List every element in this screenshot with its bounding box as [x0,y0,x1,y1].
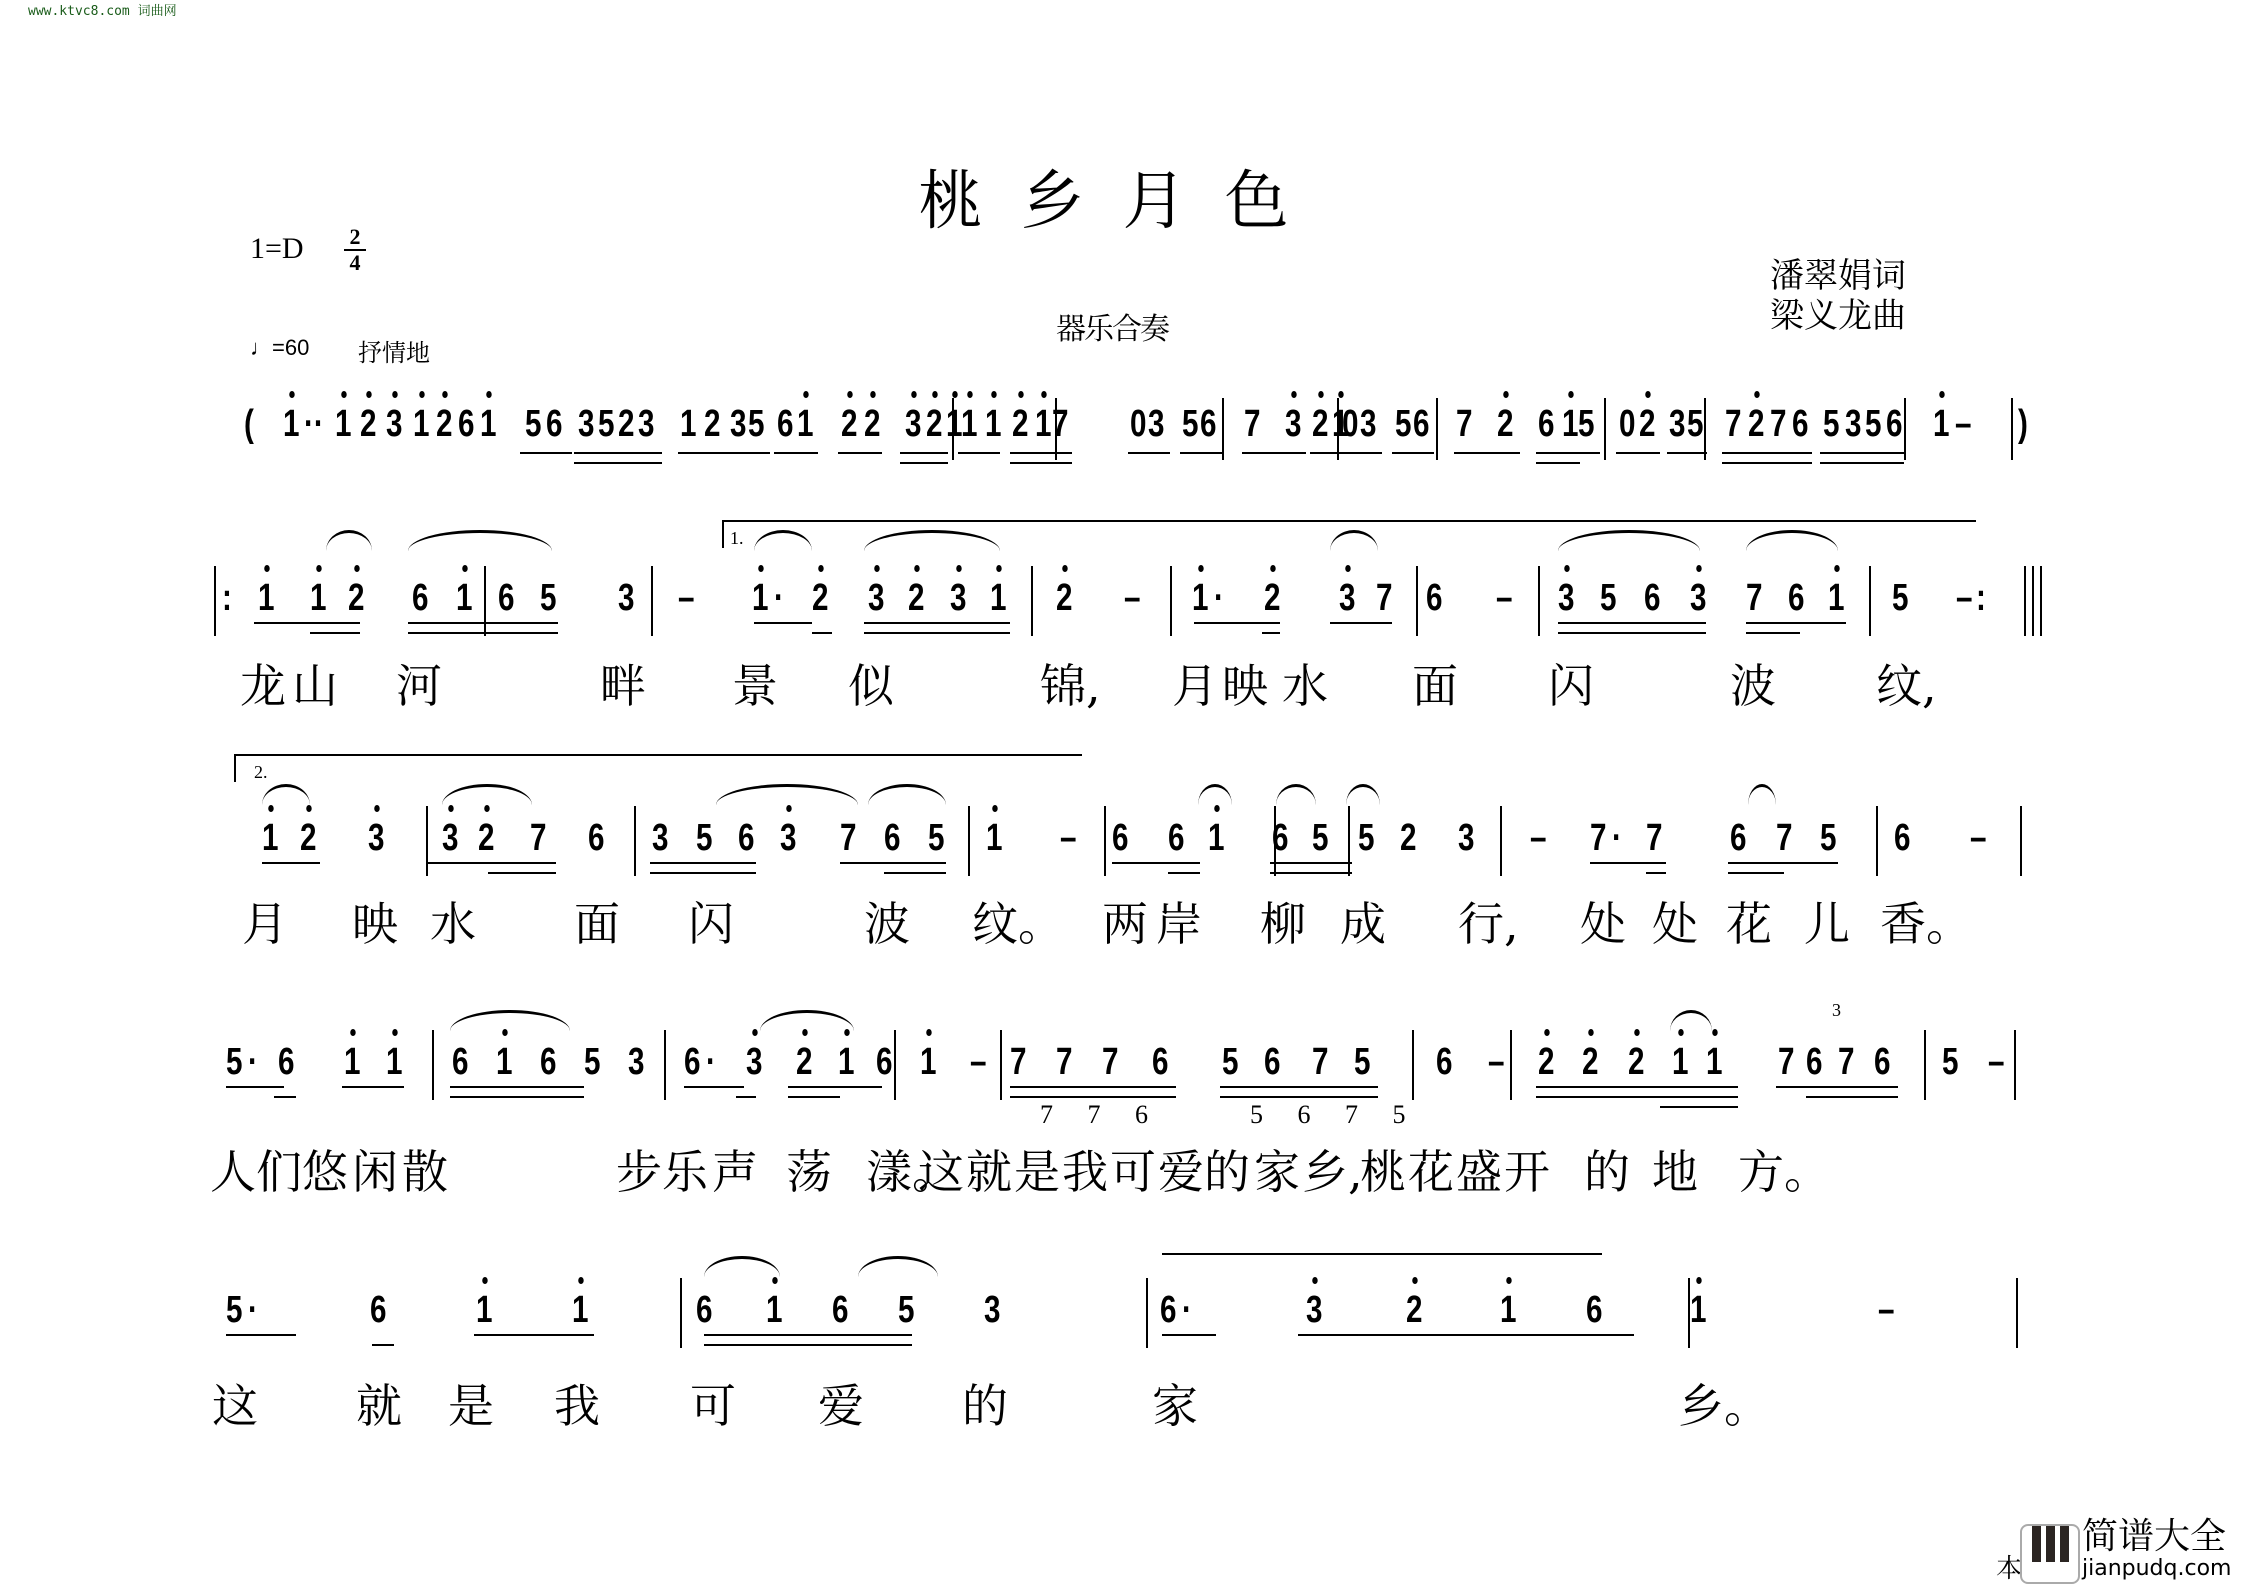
underline [1728,862,1838,864]
slur [868,784,946,805]
note: · [774,578,784,618]
lyric: 山 [292,660,338,712]
note: ( [244,404,254,444]
note: 2 [618,404,634,444]
final-double-bar [2040,566,2042,636]
barline [968,806,970,876]
note: 1 [496,1042,512,1082]
note: 2 [1639,404,1655,444]
note: 3 [638,404,654,444]
underline [1646,872,1666,874]
note: 6 [370,1290,386,1330]
barline [1031,566,1033,636]
note: – [1124,578,1140,618]
lyric: 河 [396,660,442,712]
note: 7 [1312,1042,1328,1082]
note: 5 [1687,404,1703,444]
lyric: 面 [1412,660,1458,712]
note: 3 [618,578,634,618]
underline [864,632,1010,634]
slur [326,530,372,551]
underline [684,1086,744,1088]
note: 2 [704,404,720,444]
barline [1055,398,1057,460]
credits: 潘翠娟词 梁义龙曲 [1770,256,1906,336]
note: 1 [1208,818,1224,858]
note: 3 [578,404,594,444]
note: 2 [360,404,376,444]
note: 6 [1788,578,1804,618]
lyric: 闪 [1548,660,1594,712]
note: 6 [412,578,428,618]
note: 1 [413,404,429,444]
high-octave-dot [1696,1277,1701,1284]
note: 5 [928,818,944,858]
high-octave-dot [967,391,972,398]
high-octave-dot [264,565,269,572]
high-octave-dot [992,805,997,812]
note: 2 [908,578,924,618]
underline [1270,872,1352,874]
note: : [222,578,232,618]
high-octave-dot [578,1277,583,1284]
underline [1162,1334,1216,1336]
note: 6 [1168,818,1184,858]
note: 6 [1436,1042,1452,1082]
note: : [1976,578,1986,618]
lyric: 花 [1726,898,1772,950]
high-octave-dot [442,391,447,398]
high-octave-dot [911,391,916,398]
note: 2 [1400,818,1416,858]
lyric: 爱 [818,1380,864,1432]
high-octave-dot [1568,391,1573,398]
underline [754,622,812,624]
underline [1806,1096,1898,1098]
underline [450,1096,584,1098]
high-octave-dot [1939,391,1944,398]
note: 3 [652,818,668,858]
note: 3 [1669,404,1685,444]
underline [1270,862,1352,864]
lyric: 面 [574,898,620,950]
note: 7 [1376,578,1392,618]
high-octave-dot [366,391,371,398]
slur [1748,784,1776,805]
lyric: 悠 [302,1146,348,1198]
note: · [1182,1290,1192,1330]
underline [1220,1086,1378,1088]
note: 6 [1806,1042,1822,1082]
high-octave-dot [1338,391,1343,398]
underline [1168,872,1200,874]
note: 6 [498,578,514,618]
high-octave-dot [316,565,321,572]
high-octave-dot [1544,1029,1549,1036]
note: 6 [684,1042,700,1082]
underline [450,1086,584,1088]
underline [1667,452,1707,454]
lyric: 纹, [1876,660,1937,712]
note: 2 [812,578,828,618]
note: 6 [1586,1290,1602,1330]
note: 7 [1056,1042,1072,1082]
note: 1 [1672,1042,1688,1082]
barline [2020,806,2022,876]
barline [2011,398,2013,460]
slur [408,530,552,551]
high-octave-dot [419,391,424,398]
note: 7 [1244,404,1260,444]
note: 6 [1792,404,1808,444]
high-octave-dot [1214,805,1219,812]
lyric: 方。 [1738,1146,1830,1198]
note: 7 [1646,818,1662,858]
lyric: 这 [918,1146,964,1198]
lyric: 乐 [662,1146,708,1198]
note: 2 [1264,578,1280,618]
barline [952,398,954,460]
underline [1820,462,1904,464]
high-octave-dot [341,391,346,398]
note: 6 [1874,1042,1890,1082]
lyric: 荡 [786,1146,832,1198]
note: – [1496,578,1512,618]
note: 5 [898,1290,914,1330]
high-octave-dot [1062,565,1067,572]
note: 1 [1706,1042,1722,1082]
note: 3 [442,818,458,858]
note: 7 [1590,818,1606,858]
high-octave-dot [1018,391,1023,398]
lyric: 水 [1282,660,1328,712]
note: 5 [1600,578,1616,618]
underline [1746,632,1800,634]
barline [2024,566,2026,636]
note: 3 [628,1042,644,1082]
note: 1 [920,1042,936,1082]
high-octave-dot [1312,1277,1317,1284]
lyric: 处 [1580,898,1626,950]
note: 6 [1538,404,1554,444]
note: 7 [1102,1042,1118,1082]
note: 7 [1725,404,1741,444]
note: 6 [876,1042,892,1082]
high-octave-dot [1412,1277,1417,1284]
underline [1722,452,1812,454]
note: 5 [226,1290,242,1330]
note: 1 [386,1042,402,1082]
note: 6 [832,1290,848,1330]
slur [1670,1010,1712,1031]
underline [864,622,1010,624]
lyric: 波 [864,898,910,950]
high-octave-dot [752,1029,757,1036]
note: · [248,1290,258,1330]
lyric: 是 [448,1380,494,1432]
barline [634,806,636,876]
underline [788,1096,840,1098]
note: 2 [348,578,364,618]
barline [664,1030,666,1100]
lyric: 家 [1254,1146,1300,1198]
underline [1010,452,1072,454]
note: 5 [1578,404,1594,444]
underline [1590,862,1666,864]
note: 3 [1360,404,1376,444]
note: 2 [436,404,452,444]
slur [442,784,532,805]
high-octave-dot [758,565,763,572]
underline [840,862,946,864]
note: 6 [1413,404,1429,444]
barline [1348,806,1350,876]
note: 1 [961,404,977,444]
high-octave-dot [1754,391,1759,398]
lyric: 步 [616,1146,662,1198]
barline [1337,398,1339,460]
composer: 梁义龙曲 [1770,296,1906,336]
note: 0 [1342,404,1358,444]
barline [651,566,653,636]
barline [1510,1030,1512,1100]
lyric: 柳 [1260,898,1306,950]
slur [760,1010,854,1031]
tie-line [1162,1253,1602,1255]
note: 5 [1222,1042,1238,1082]
note: 2 [1056,578,1072,618]
underline [1776,1086,1898,1088]
underline [1392,452,1434,454]
note: 1 [476,1290,492,1330]
lyric: 可 [690,1380,736,1432]
underline [1330,622,1392,624]
note: 5 [584,1042,600,1082]
underline [1220,1096,1378,1098]
underline [1536,1096,1738,1098]
note: 1 [985,404,1001,444]
underline [226,1086,284,1088]
alt-notes-2: 5 6 7 5 [1250,1100,1420,1130]
note: 6 [1160,1290,1176,1330]
barline [1688,1278,1690,1348]
barline [2032,566,2034,636]
note: 5 [1312,818,1328,858]
underline [254,622,360,624]
note: 6 [452,1042,468,1082]
note: 1 [480,404,496,444]
note: · [1214,578,1224,618]
lyric: 我 [1062,1146,1108,1198]
barline [1869,566,1871,636]
high-octave-dot [926,1029,931,1036]
high-octave-dot [354,565,359,572]
high-octave-dot [1696,565,1701,572]
high-octave-dot [1645,391,1650,398]
underline [678,452,770,454]
note: ·· [304,404,324,444]
note: 7 [1010,1042,1026,1082]
note: 0 [1130,404,1146,444]
lyric: 乡, [1302,1146,1363,1198]
barline [1500,806,1502,876]
underline [1536,1086,1738,1088]
high-octave-dot [1345,565,1350,572]
note: 7 [1456,404,1472,444]
lyric: 乡。 [1678,1380,1770,1432]
lyric: 行, [1458,898,1519,950]
barline [894,1030,896,1100]
note: 6 [738,818,754,858]
lyric: 波 [1730,660,1776,712]
lyric: 映 [352,898,398,950]
note: 6 [1152,1042,1168,1082]
note: 2 [1497,404,1513,444]
lyric: 景 [732,660,778,712]
note: 6 [1200,404,1216,444]
high-octave-dot [1318,391,1323,398]
barline [1704,398,1706,460]
underline [574,452,662,454]
note: 5 [540,578,556,618]
page-title: 桃乡月色 [0,150,2245,242]
high-octave-dot [996,565,1001,572]
underline [650,872,756,874]
barline [1538,566,1540,636]
barline [1146,1278,1148,1348]
high-octave-dot [870,391,875,398]
lyric: 水 [430,898,476,950]
lyric: 龙 [240,660,286,712]
watermark: www.ktvc8.com 词曲网 [28,0,177,19]
note: 1 [838,1042,854,1082]
lyric: 就 [356,1380,402,1432]
volta-2 [234,754,1082,782]
note: · [248,1042,258,1082]
underline [1340,452,1382,454]
lyric: 的 [1204,1146,1250,1198]
note: 7 [1838,1042,1854,1082]
underline [1128,452,1170,454]
note: ) [2018,404,2028,444]
barline [2016,1278,2018,1348]
note: 3 [950,578,966,618]
barline [1000,1030,1002,1100]
note: – [970,1042,986,1082]
barline [1412,1030,1414,1100]
note: 3 [1845,404,1861,444]
barline [432,1030,434,1100]
note: 2 [1582,1042,1598,1082]
note: 2 [1312,404,1328,444]
slur [1346,784,1380,805]
note: 3 [386,404,402,444]
note: 5 [696,818,712,858]
high-octave-dot [392,391,397,398]
underline [426,862,556,864]
barline [1436,398,1438,460]
time-signature-bottom: 4 [344,252,366,274]
lyric: 们 [256,1146,302,1198]
high-octave-dot [1506,1277,1511,1284]
note: 5 [598,404,614,444]
note: 3 [1339,578,1355,618]
note: 6 [1886,404,1902,444]
footer-prefix: 本 [1996,1548,2022,1585]
high-octave-dot [1198,565,1203,572]
lyric: 月 [242,898,288,950]
note: 6 [588,818,604,858]
lyric: 映 [1222,660,1268,712]
underline [1728,872,1784,874]
underline [488,872,556,874]
note: 5 [1182,404,1198,444]
high-octave-dot [932,391,937,398]
high-octave-dot [1588,1029,1593,1036]
high-octave-dot [818,565,823,572]
underline [838,452,882,454]
high-octave-dot [874,565,879,572]
barline [426,806,428,876]
high-octave-dot [484,805,489,812]
lyricist: 潘翠娟词 [1770,256,1906,296]
underline [1242,452,1306,454]
underline [1454,452,1520,454]
note: 3 [368,818,384,858]
underline [1722,462,1812,464]
note: 1 [1562,404,1578,444]
note: – [1060,818,1076,858]
barline [1104,806,1106,876]
high-octave-dot [786,805,791,812]
note: 2 [1748,404,1764,444]
lyric: 家 [1152,1380,1198,1432]
note: 7 [1746,578,1762,618]
underline [1194,622,1280,624]
lyric: 人 [210,1146,256,1198]
note: 1 [262,818,278,858]
underline [812,632,832,634]
underline [1010,1096,1176,1098]
barline [484,566,486,636]
underline [900,452,948,454]
lyric: 畔 [600,660,646,712]
lyric: 儿 [1804,898,1850,950]
note: · [706,1042,716,1082]
note: 5 [1354,1042,1370,1082]
note: 7 [1778,1042,1794,1082]
high-octave-dot [956,565,961,572]
note: 6 [1112,818,1128,858]
underline [1660,1106,1738,1108]
underline [1536,462,1580,464]
high-octave-dot [772,1277,777,1284]
note: 3 [1458,818,1474,858]
underline [574,462,662,464]
note: 0 [1619,404,1635,444]
lyric: 纹。 [972,898,1064,950]
note: 6 [884,818,900,858]
slur [262,784,310,805]
lyric: 闲 [352,1146,398,1198]
note: 1 [1192,578,1208,618]
underline [1180,452,1222,454]
high-octave-dot [306,805,311,812]
note: 5 [1358,818,1374,858]
note: 2 [841,404,857,444]
note: 6 [1894,818,1910,858]
site-logo[interactable]: 简谱大全 jianpudq.com [2020,1518,2232,1582]
